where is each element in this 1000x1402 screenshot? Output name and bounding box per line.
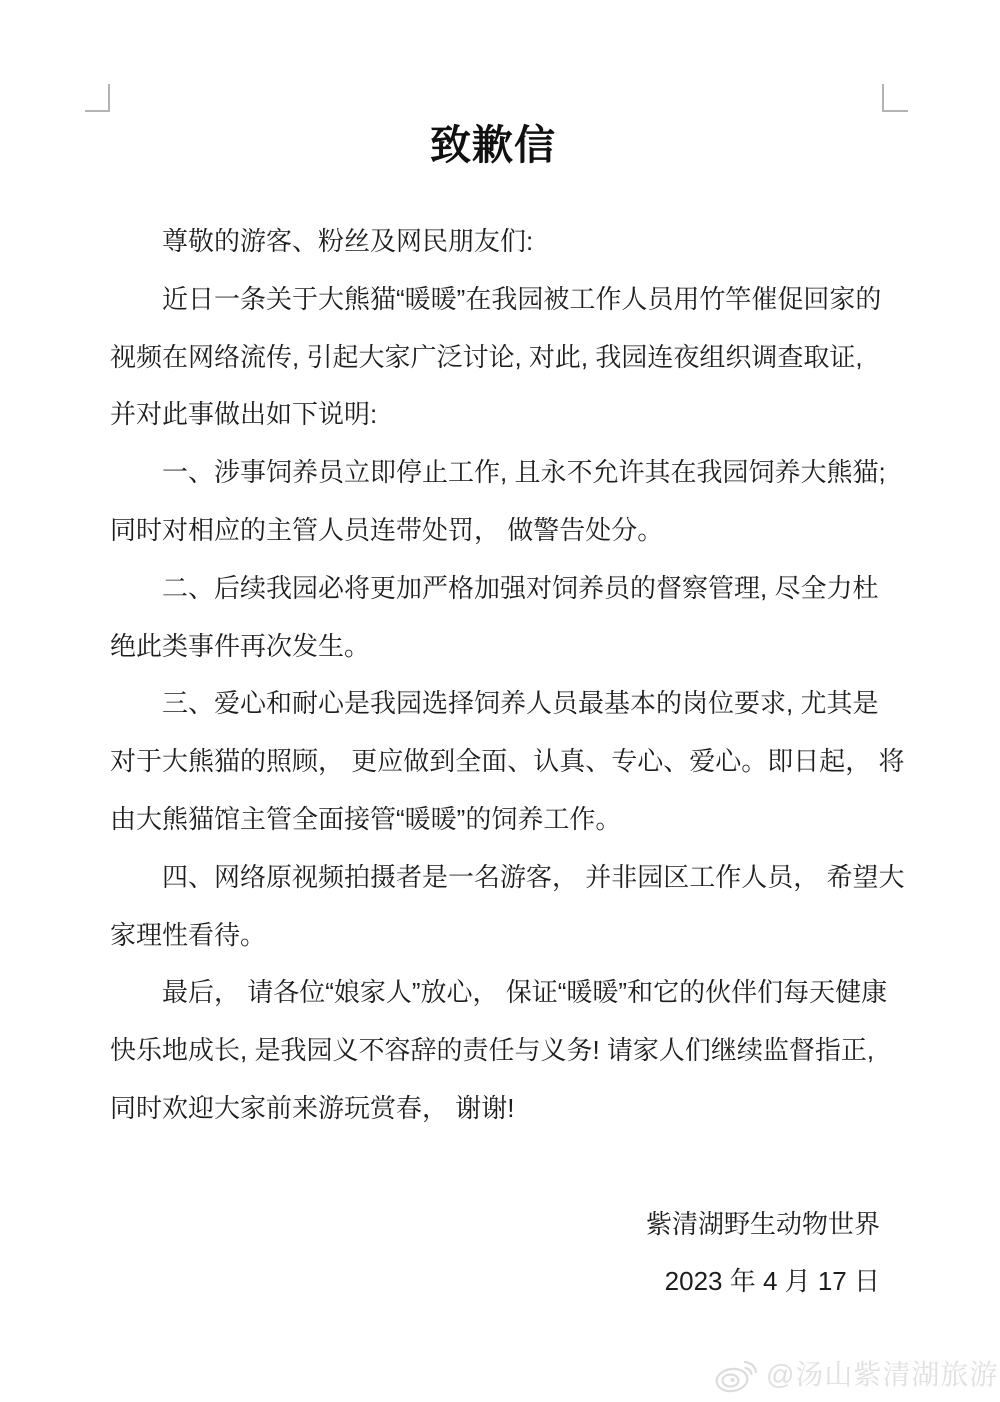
paragraph-4-line-1: 三、爱心和耐心是我园选择饲养人员最基本的岗位要求, 尤其是 <box>110 675 892 733</box>
paragraph-3-line-1: 二、后续我园必将更加严格加强对饲养员的督察管理, 尽全力杜 <box>110 560 892 618</box>
weibo-icon <box>712 1352 762 1394</box>
paragraph-1-line-3: 并对此事做出如下说明: <box>110 386 892 444</box>
paragraph-6-line-2: 快乐地成长, 是我园义不容辞的责任与义务! 请家人们继续监督指正, <box>110 1022 892 1080</box>
paragraph-4-line-2: 对于大熊猫的照顾， 更应做到全面、认真、专心、爱心。即日起， 将 <box>110 733 892 791</box>
signature-line: 紫清湖野生动物世界 <box>110 1196 892 1254</box>
paragraph-4-line-3: 由大熊猫馆主管全面接管“暖暖”的饲养工作。 <box>110 791 892 849</box>
paragraph-3-line-2: 绝此类事件再次发生。 <box>110 618 892 676</box>
paragraph-1-line-1: 近日一条关于大熊猫“暖暖”在我园被工作人员用竹竿催促回家的 <box>110 271 892 329</box>
page-corner-mark-top-right <box>882 84 908 112</box>
weibo-watermark: @汤山紫清湖旅游区 <box>712 1352 1000 1394</box>
date-line: 2023 年 4 月 17 日 <box>110 1253 892 1311</box>
paragraph-5-line-2: 家理性看待。 <box>110 907 892 965</box>
salutation-line: 尊敬的游客、粉丝及网民朋友们: <box>110 213 892 271</box>
paragraph-6-line-3: 同时欢迎大家前来游玩赏春， 谢谢! <box>110 1080 892 1138</box>
paragraph-1-line-2: 视频在网络流传, 引起大家广泛讨论, 对此, 我园连夜组织调查取证, <box>110 329 892 387</box>
paragraph-6-line-1: 最后， 请各位“娘家人”放心， 保证“暖暖”和它的伙伴们每天健康 <box>110 964 892 1022</box>
paragraph-2-line-2: 同时对相应的主管人员连带处罚， 做警告处分。 <box>110 502 892 560</box>
document-page: 致歉信 尊敬的游客、粉丝及网民朋友们: 近日一条关于大熊猫“暖暖”在我园被工作人… <box>0 0 1000 1402</box>
blank-line <box>110 1138 892 1196</box>
page-corner-mark-top-left <box>85 84 110 112</box>
paragraph-2-line-1: 一、涉事饲养员立即停止工作, 且永不允许其在我园饲养大熊猫; <box>110 444 892 502</box>
letter-body: 尊敬的游客、粉丝及网民朋友们: 近日一条关于大熊猫“暖暖”在我园被工作人员用竹竿… <box>110 213 892 1311</box>
document-title: 致歉信 <box>0 112 986 171</box>
watermark-label: @汤山紫清湖旅游区 <box>766 1353 1000 1393</box>
paragraph-5-line-1: 四、网络原视频拍摄者是一名游客， 并非园区工作人员， 希望大 <box>110 849 892 907</box>
